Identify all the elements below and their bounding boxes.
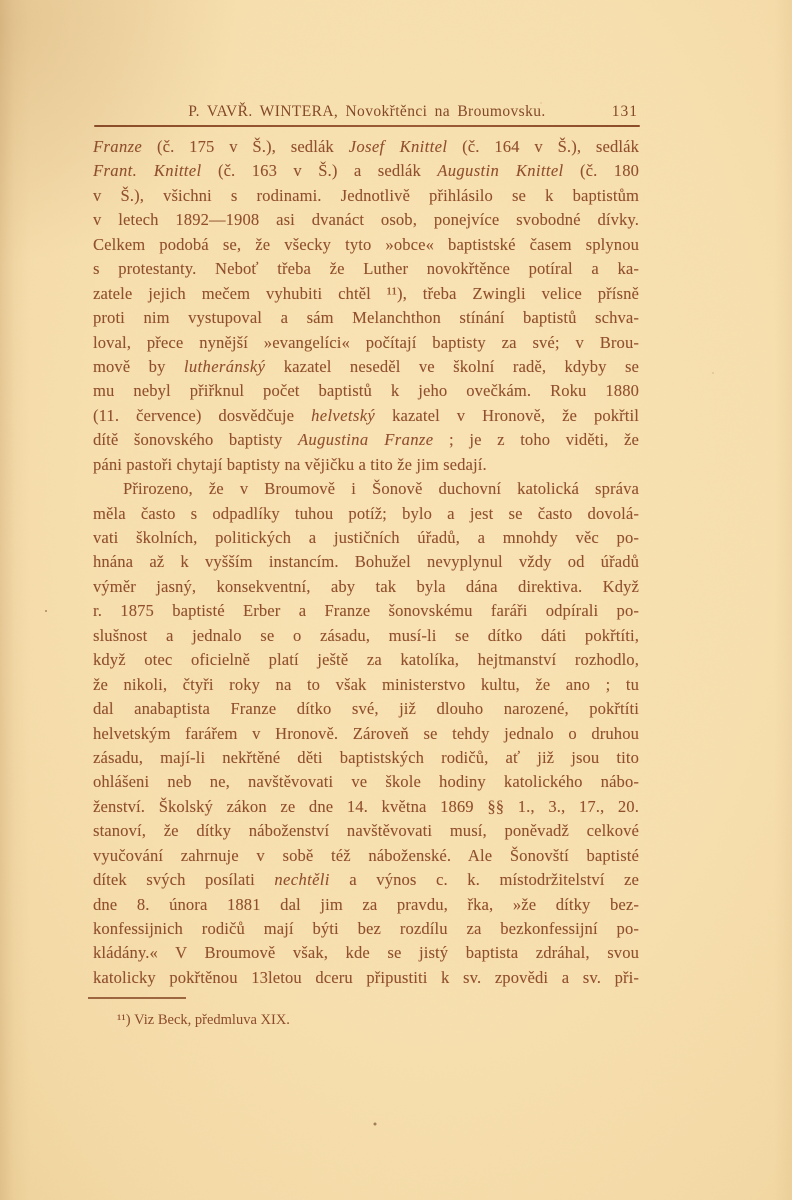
text-segment: s protestanty. Neboť třeba že Luther nov… [93,259,639,278]
text-line: když otec oficielně platí ještě za katol… [93,648,639,672]
text-segment: Přirozeno, že v Broumově i Šonově duchov… [123,479,639,498]
text-segment: v Š.), všichni s rodinami. Jednotlivě př… [93,186,639,205]
text-line: dal anabaptista Franze dítko své, již dl… [93,697,639,721]
text-line: měla často s odpadlíky tuhou potíž; bylo… [93,502,639,526]
emphasized-text: helvetský [311,406,375,425]
text-segment: dítě šonovského baptisty [93,430,298,449]
running-header: P. VAVŘ. WINTERA, Novokřtěnci na Broumov… [94,101,640,123]
page-number: 131 [612,101,638,123]
text-line: ženství. Školský zákon ze dne 14. května… [93,795,639,819]
text-segment: zásadu, mají-li nekřtěné děti baptistský… [93,748,639,767]
text-line: loval, přece nynější »evangelíci« počíta… [93,331,639,355]
emphasized-text: Franze [93,137,142,156]
text-line: páni pastoři chytají baptisty na vějičku… [93,453,639,477]
text-segment: hnána až k vyšším instancím. Bohužel nev… [93,552,639,571]
text-line: (11. července) dosvědčuje helvetský kaza… [93,404,639,428]
text-line: že nikoli, čtyři roky na to však ministe… [93,673,639,697]
book-page: P. VAVŘ. WINTERA, Novokřtěnci na Broumov… [0,0,792,1200]
text-segment: helvetským farářem v Hronově. Zároveň se… [93,724,639,743]
text-segment: kazatel v Hronově, že pokřtil [375,406,639,425]
text-segment: Celkem podobá se, že všecky tyto »obce« … [93,235,639,254]
text-line: helvetským farářem v Hronově. Zároveň se… [93,722,639,746]
text-segment: (č. 180 [564,161,639,180]
text-line: dítek svých posílati nechtěli a výnos c.… [93,868,639,892]
footnote-separator-rule [88,997,186,999]
text-line: zatele jejich mečem vyhubiti chtěl ¹¹), … [93,282,639,306]
text-line: ohlášeni neb ne, navštěvovati ve škole h… [93,770,639,794]
text-line: mově by lutheránský kazatel neseděl ve š… [93,355,639,379]
text-segment: proti nim vystupoval a sám Melanchthon s… [93,308,639,327]
text-segment: (11. července) dosvědčuje [93,406,311,425]
text-segment: mově by [93,357,184,376]
text-segment: dal anabaptista Franze dítko své, již dl… [93,699,639,718]
text-line: hnána až k vyšším instancím. Bohužel nev… [93,550,639,574]
text-segment: (č. 175 v Š.), sedlák [142,137,348,156]
text-line: kládány.« V Broumově však, kde se jistý … [93,941,639,965]
text-line: Franze (č. 175 v Š.), sedlák Josef Knitt… [93,135,639,159]
text-line: mu nebyl přiřknul počet baptistů k jeho … [93,379,639,403]
text-segment: vyučování zahrnuje v sobě též náboženské… [93,846,639,865]
text-line: výměr jasný, konsekventní, aby tak byla … [93,575,639,599]
text-line: Frant. Knittel (č. 163 v Š.) a sedlák Au… [93,159,639,183]
text-segment: měla často s odpadlíky tuhou potíž; bylo… [93,504,639,523]
text-segment: ohlášeni neb ne, navštěvovati ve škole h… [93,772,639,791]
text-line: Přirozeno, že v Broumově i Šonově duchov… [93,477,639,501]
text-segment: páni pastoři chytají baptisty na vějičku… [93,455,487,474]
text-segment: dítek svých posílati [93,870,274,889]
text-line: r. 1875 baptisté Erber a Franze šonovské… [93,599,639,623]
text-segment: (č. 163 v Š.) a sedlák [202,161,438,180]
text-line: s protestanty. Neboť třeba že Luther nov… [93,257,639,281]
footnote-marker: ¹¹) [117,1012,131,1028]
text-line: stanoví, že dítky náboženství navštěvova… [93,819,639,843]
text-segment: stanoví, že dítky náboženství navštěvova… [93,821,639,840]
text-segment: a výnos c. k. místodržitelství ze [330,870,639,889]
text-line: v Š.), všichni s rodinami. Jednotlivě př… [93,184,639,208]
text-line: proti nim vystupoval a sám Melanchthon s… [93,306,639,330]
text-segment: konfessijnich rodičů mají býti bez rozdí… [93,919,639,938]
text-line: katolicky pokřtěnou 13letou dceru připus… [93,966,639,990]
text-segment: kazatel neseděl ve školní radě, kdyby se [265,357,639,376]
text-segment: dne 8. února 1881 dal jim za pravdu, řka… [93,895,639,914]
text-segment: zatele jejich mečem vyhubiti chtěl ¹¹), … [93,284,639,303]
footnote-text: Viz Beck, předmluva XIX. [134,1012,290,1028]
body-text: Franze (č. 175 v Š.), sedlák Josef Knitt… [93,135,639,990]
emphasized-text: Frant. Knittel [93,161,202,180]
text-segment: v letech 1892—1908 asi dvanáct osob, pon… [93,210,639,229]
text-segment: katolicky pokřtěnou 13letou dceru připus… [93,968,639,987]
text-segment: mu nebyl přiřknul počet baptistů k jeho … [93,381,639,400]
text-segment: loval, přece nynější »evangelíci« počíta… [93,333,639,352]
text-line: slušnost a jednalo se o zásadu, musí-li … [93,624,639,648]
emphasized-text: lutheránský [184,357,265,376]
footnote: ¹¹) Viz Beck, předmluva XIX. [93,1010,639,1030]
text-line: zásadu, mají-li nekřtěné děti baptistský… [93,746,639,770]
paper-specks [0,0,2,2]
text-line: Celkem podobá se, že všecky tyto »obce« … [93,233,639,257]
text-line: dne 8. února 1881 dal jim za pravdu, řka… [93,893,639,917]
text-segment: ; je z toho viděti, že [433,430,639,449]
emphasized-text: nechtěli [274,870,329,889]
text-segment: výměr jasný, konsekventní, aby tak byla … [93,577,639,596]
text-segment: že nikoli, čtyři roky na to však ministe… [93,675,639,694]
text-line: vyučování zahrnuje v sobě též náboženské… [93,844,639,868]
text-line: dítě šonovského baptisty Augustina Franz… [93,428,639,452]
emphasized-text: Josef Knittel [349,137,448,156]
emphasized-text: Augustina Franze [298,430,434,449]
text-line: v letech 1892—1908 asi dvanáct osob, pon… [93,208,639,232]
text-line: vati školních, politických a justičních … [93,526,639,550]
text-segment: (č. 164 v Š.), sedlák [447,137,639,156]
header-rule [94,125,640,127]
emphasized-text: Augustin Knittel [437,161,563,180]
text-segment: vati školních, politických a justičních … [93,528,639,547]
running-header-title: P. VAVŘ. WINTERA, Novokřtěnci na Broumov… [188,103,545,120]
text-segment: kládány.« V Broumově však, kde se jistý … [93,943,639,962]
text-segment: slušnost a jednalo se o zásadu, musí-li … [93,626,639,645]
text-segment: r. 1875 baptisté Erber a Franze šonovské… [93,601,639,620]
text-line: konfessijnich rodičů mají býti bez rozdí… [93,917,639,941]
text-segment: ženství. Školský zákon ze dne 14. května… [93,797,639,816]
text-segment: když otec oficielně platí ještě za katol… [93,650,639,669]
